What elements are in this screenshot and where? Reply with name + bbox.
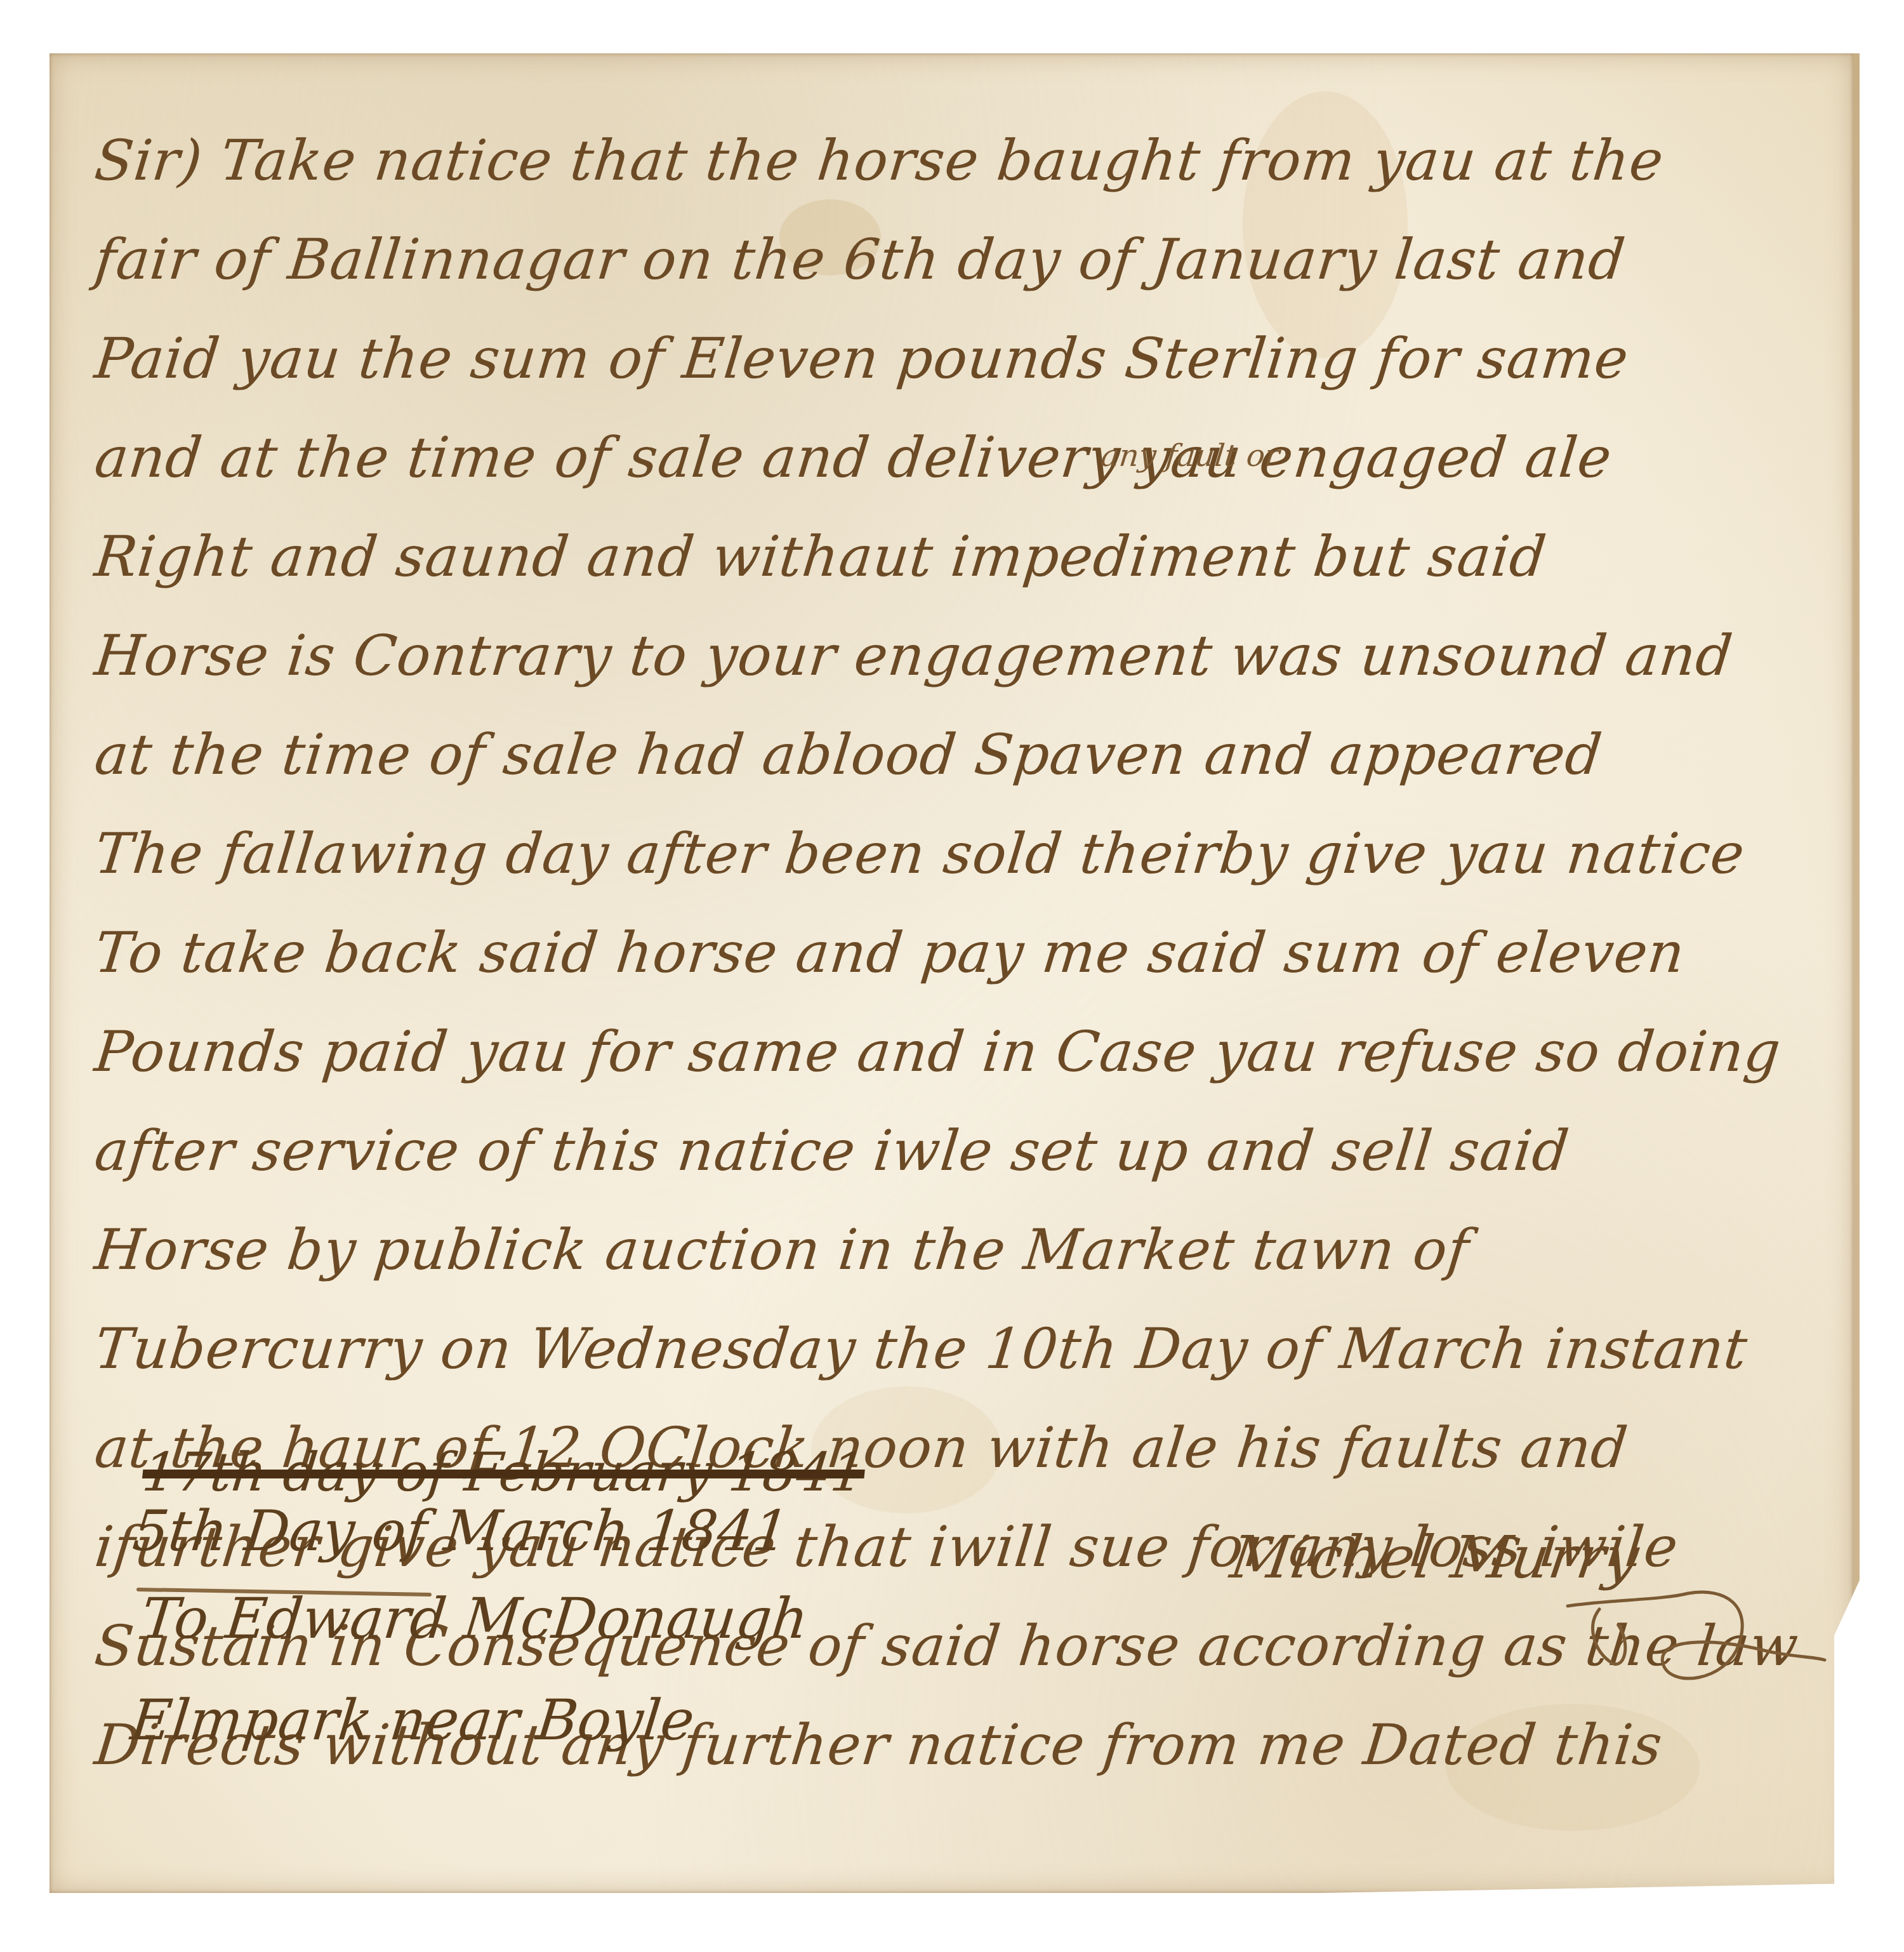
letter-line: To take back said horse and pay me said … [90, 903, 1814, 1002]
letter-line: fair of Ballinnagar on the 6th day of Ja… [90, 210, 1814, 309]
letter-line: after service of this natice iwle set up… [90, 1101, 1814, 1200]
letter-line: Horse is Contrary to your engagement was… [90, 606, 1814, 705]
letter-line: Horse by publick auction in the Market t… [90, 1200, 1814, 1299]
letter-line: Paid yau the sum of Eleven pounds Sterli… [90, 309, 1814, 408]
signature-flourish-icon [1561, 1581, 1828, 1695]
letter-line: The fallawing day after been sold theirb… [90, 804, 1814, 903]
interlinear-insertion: any fault or [1099, 438, 1281, 474]
letter-line: Right and saund and withaut impediment b… [90, 507, 1814, 606]
letter-line: Pounds paid yau for same and in Case yau… [90, 1002, 1814, 1101]
addressee-block: To Edward McDonaugh Elmpark near Boyle [126, 1568, 813, 1771]
letter-line: at the time of sale had ablood Spaven an… [90, 705, 1814, 804]
letter-line: and at the time of sale and delivery yau… [90, 408, 1814, 507]
addressee-name: To Edward McDonaugh [136, 1568, 813, 1670]
letter-date: 5th Day of March 1841 [130, 1498, 793, 1564]
struck-through-date: 17th day of February 1841 [140, 1441, 868, 1503]
letter-line: Tubercurry on Wednesday the 10th Day of … [90, 1299, 1814, 1398]
letter-line: Sir) Take natice that the horse baught f… [90, 111, 1814, 210]
addressee-location: Elmpark near Boyle [126, 1670, 802, 1771]
